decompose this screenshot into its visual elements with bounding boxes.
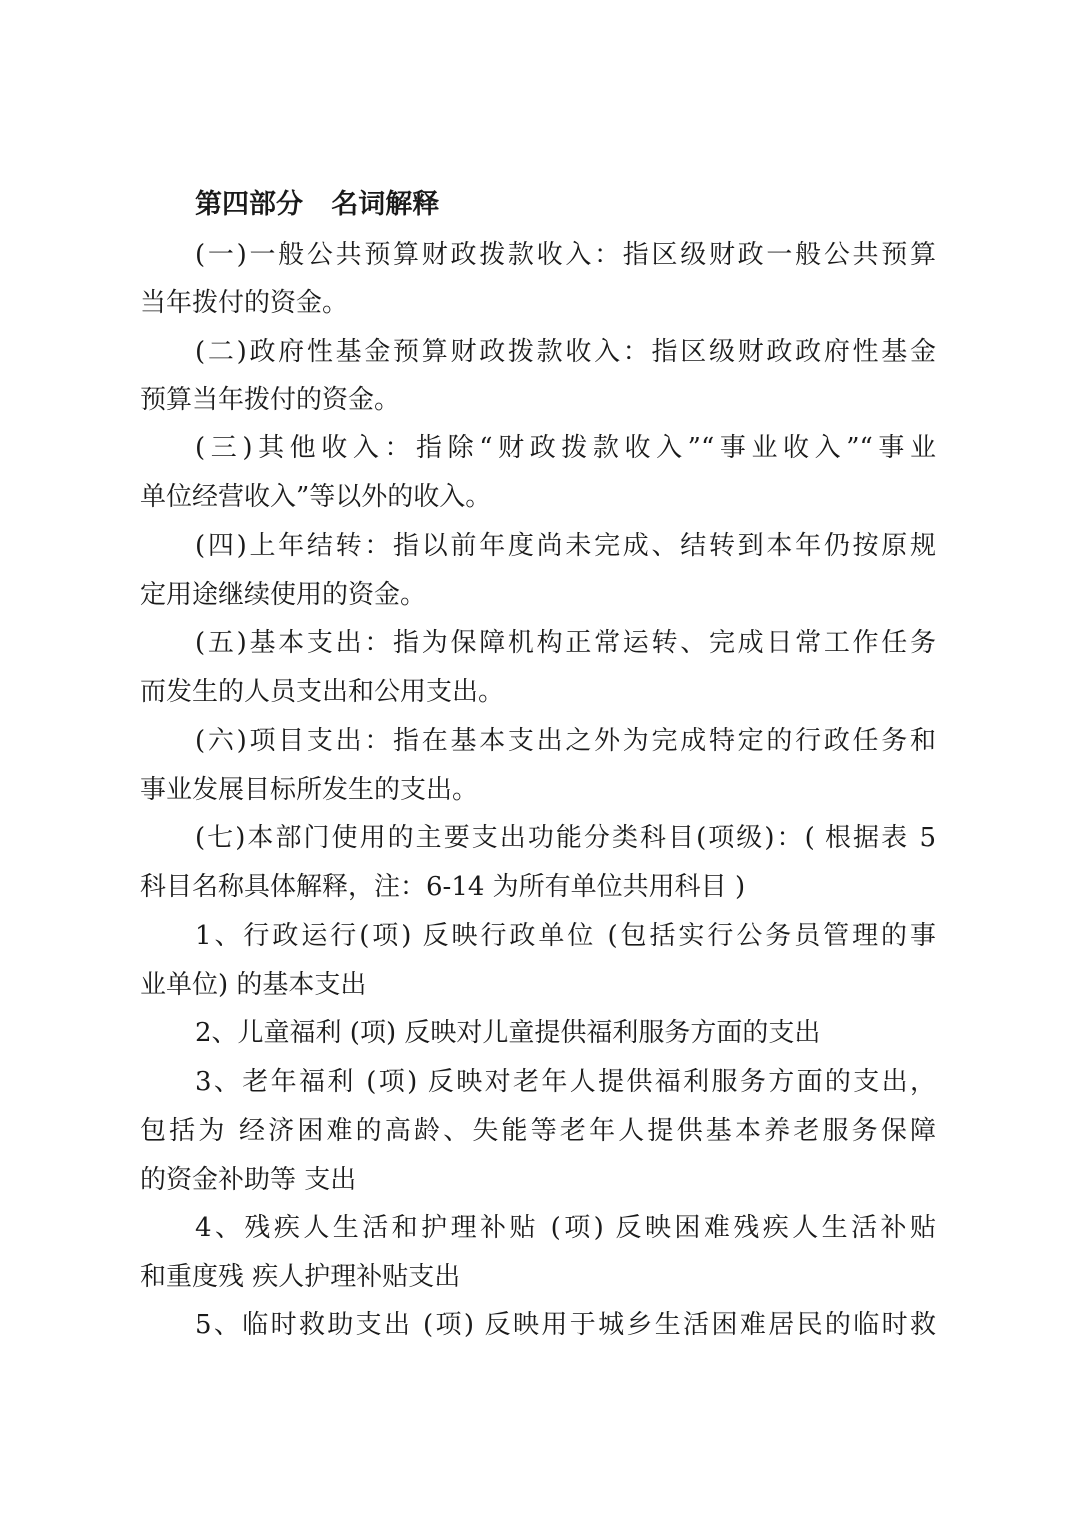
paragraph-line: 定用途继续使用的资金。 <box>140 575 936 615</box>
paragraph-line: (四)上年结转：指以前年度尚未完成、结转到本年仍按原规 <box>195 526 936 566</box>
paragraph-line: (二)政府性基金预算财政拨款收入：指区级财政政府性基金 <box>195 332 936 372</box>
paragraph-line: 业单位) 的基本支出 <box>140 965 936 1005</box>
paragraph-line: 预算当年拨付的资金。 <box>140 380 936 420</box>
paragraph-line: 科目名称具体解释，注：6-14 为所有单位共用科目 ) <box>140 867 936 907</box>
paragraph-line: 5、临时救助支出 (项) 反映用于城乡生活困难居民的临时救 <box>195 1305 936 1345</box>
paragraph-line: 1、行政运行(项) 反映行政单位 (包括实行公务员管理的事 <box>195 916 936 956</box>
paragraph-line: 2、儿童福利 (项) 反映对儿童提供福利服务方面的支出 <box>195 1013 936 1053</box>
paragraph-line: 当年拨付的资金。 <box>140 283 936 323</box>
paragraph-line: 单位经营收入”等以外的收入。 <box>140 477 936 517</box>
paragraph-line: (三)其他收入：指除“财政拨款收入”“事业收入”“事业 <box>195 428 936 468</box>
document-page: 第四部分 名词解释 (一)一般公共预算财政拨款收入：指区级财政一般公共预算 当年… <box>0 0 1074 1520</box>
section-heading: 第四部分 名词解释 <box>195 185 439 225</box>
paragraph-line: 3、老年福利 (项) 反映对老年人提供福利服务方面的支出， <box>195 1062 936 1102</box>
paragraph-line: 事业发展目标所发生的支出。 <box>140 770 936 810</box>
paragraph-line: (七)本部门使用的主要支出功能分类科目(项级)：( 根据表 5 <box>195 818 936 858</box>
paragraph-line: (一)一般公共预算财政拨款收入：指区级财政一般公共预算 <box>195 235 936 275</box>
paragraph-line: 和重度残 疾人护理补贴支出 <box>140 1257 936 1297</box>
paragraph-line: (五)基本支出：指为保障机构正常运转、完成日常工作任务 <box>195 623 936 663</box>
paragraph-line: 的资金补助等 支出 <box>140 1160 936 1200</box>
paragraph-line: 4、残疾人生活和护理补贴 (项) 反映困难残疾人生活补贴 <box>195 1208 936 1248</box>
paragraph-line: 而发生的人员支出和公用支出。 <box>140 672 936 712</box>
paragraph-line: 包括为 经济困难的高龄、失能等老年人提供基本养老服务保障 <box>140 1111 936 1151</box>
paragraph-line: (六)项目支出：指在基本支出之外为完成特定的行政任务和 <box>195 721 936 761</box>
